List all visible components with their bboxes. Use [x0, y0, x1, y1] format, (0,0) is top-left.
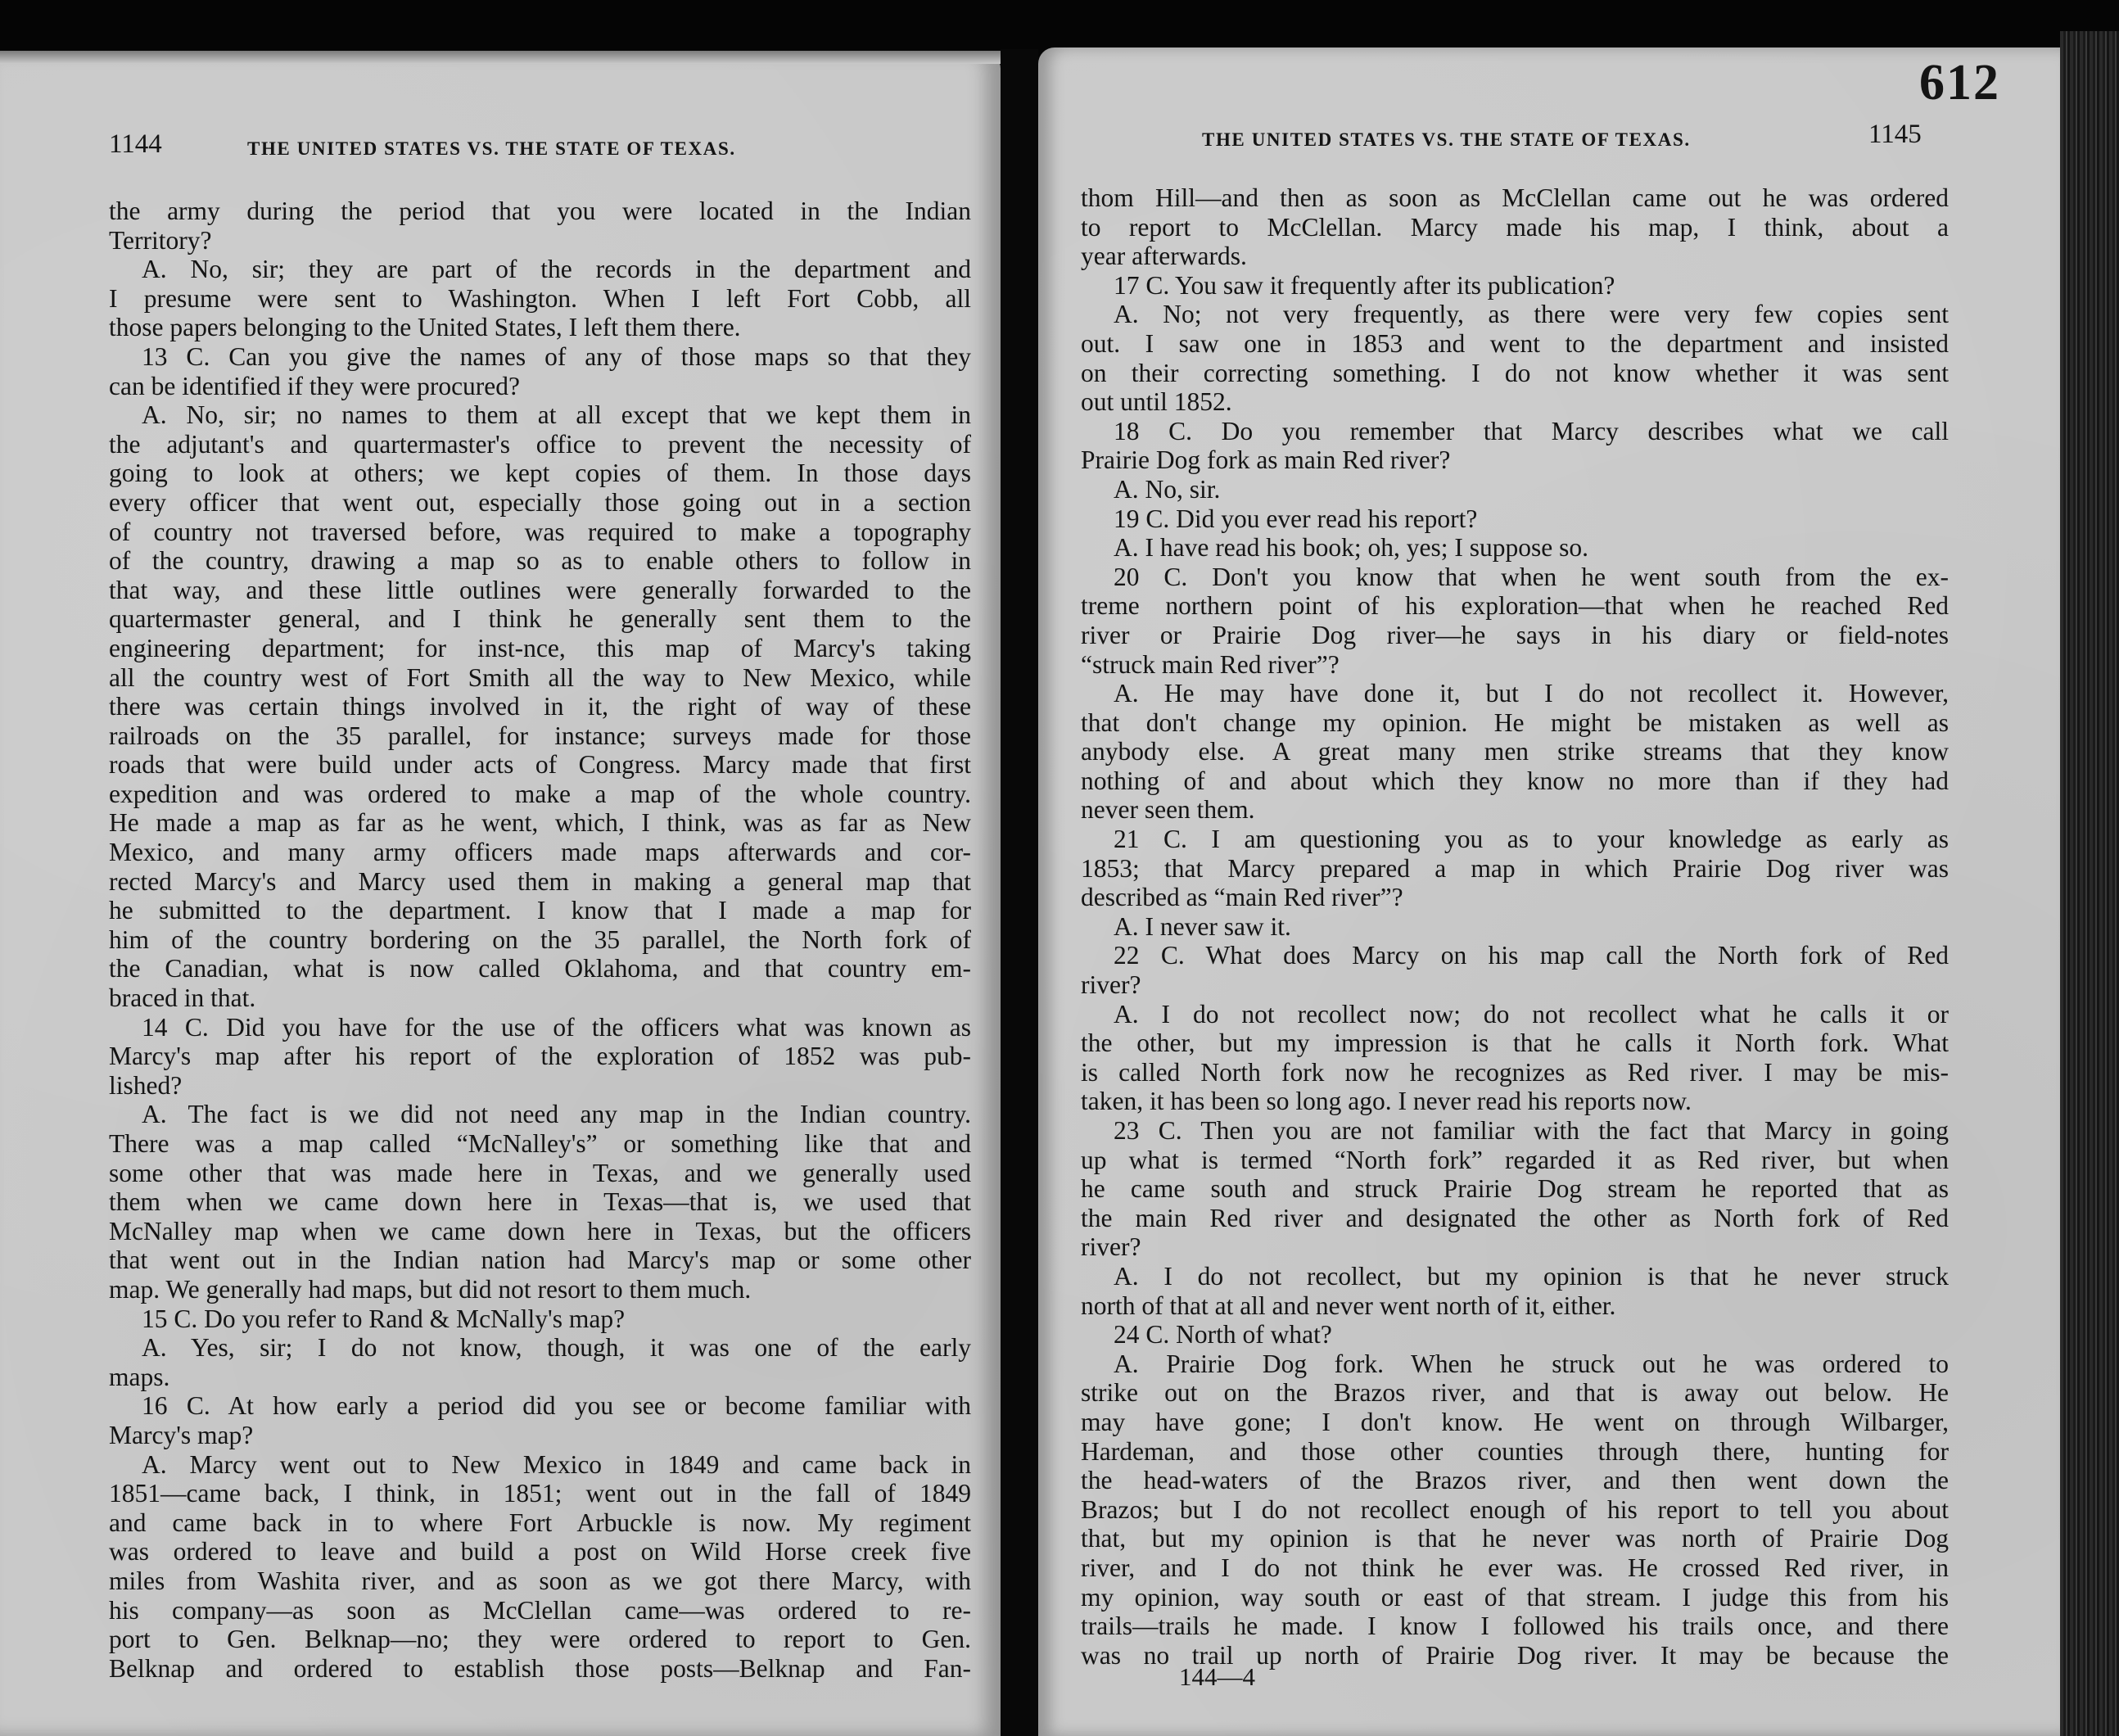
text-line: There was a map called “McNalley's” or s… — [109, 1129, 971, 1159]
text-line: all the country west of Fort Smith all t… — [109, 663, 971, 693]
page-number-right: 1145 — [1868, 120, 1922, 150]
text-line: the Canadian, what is now called Oklahom… — [109, 954, 971, 983]
text-line: that don't change my opinion. He might b… — [1081, 708, 1949, 738]
text-line: 13 C. Can you give the names of any of t… — [109, 342, 971, 372]
text-line: 22 C. What does Marcy on his map call th… — [1081, 941, 1949, 970]
text-line: that went out in the Indian nation had M… — [109, 1245, 971, 1275]
text-line: may have gone; I don't know. He went on … — [1081, 1408, 1949, 1437]
text-line: north of that at all and never went nort… — [1081, 1291, 1949, 1321]
text-line: going to look at others; we kept copies … — [109, 459, 971, 488]
text-line: A. I have read his book; oh, yes; I supp… — [1081, 533, 1949, 563]
text-line: can be identified if they were procured? — [109, 372, 971, 401]
text-line: up what is termed “North fork” regarded … — [1081, 1146, 1949, 1175]
text-line: McNalley map when we came down here in T… — [109, 1217, 971, 1246]
text-line: map. We generally had maps, but did not … — [109, 1275, 971, 1304]
text-line: and came back in to where Fort Arbuckle … — [109, 1508, 971, 1538]
text-line: 24 C. North of what? — [1081, 1320, 1949, 1349]
text-line: A. I do not recollect now; do not recoll… — [1081, 1000, 1949, 1029]
text-line: out until 1852. — [1081, 387, 1949, 417]
right-page: 612 The United States vs. The State of T… — [1038, 47, 2060, 1736]
text-line: the main Red river and designated the ot… — [1081, 1204, 1949, 1233]
text-line: miles from Washita river, and as soon as… — [109, 1566, 971, 1596]
text-line: never seen them. — [1081, 795, 1949, 825]
text-line: treme northern point of his exploration—… — [1081, 591, 1949, 621]
text-line: He made a map as far as he went, which, … — [109, 808, 971, 838]
text-line: river, and I do not think he ever was. H… — [1081, 1553, 1949, 1583]
text-line: him of the country bordering on the 35 p… — [109, 925, 971, 955]
text-line: 20 C. Don't you know that when he went s… — [1081, 563, 1949, 592]
text-line: railroads on the 35 parallel, for instan… — [109, 721, 971, 751]
text-line: Territory? — [109, 226, 971, 255]
text-line: Belknap and ordered to establish those p… — [109, 1654, 971, 1684]
text-line: those papers belonging to the United Sta… — [109, 313, 971, 342]
text-line: A. I never saw it. — [1081, 912, 1949, 942]
text-line: to report to McClellan. Marcy made his m… — [1081, 213, 1949, 242]
text-line: that, but my opinion is that he never wa… — [1081, 1524, 1949, 1553]
text-line: lished? — [109, 1071, 971, 1101]
text-line: his company—as soon as McClellan came—wa… — [109, 1596, 971, 1625]
text-line: A. The fact is we did not need any map i… — [109, 1100, 971, 1129]
text-line: engineering department; for inst-nce, th… — [109, 634, 971, 663]
text-line: 21 C. I am questioning you as to your kn… — [1081, 825, 1949, 854]
text-line: of the country, drawing a map so as to e… — [109, 546, 971, 576]
text-line: anybody else. A great many men strike st… — [1081, 737, 1949, 766]
text-line: braced in that. — [109, 983, 971, 1013]
text-line: there was certain things involved in it,… — [109, 692, 971, 721]
text-line: port to Gen. Belknap—no; they were order… — [109, 1625, 971, 1654]
text-line: of country not traversed before, was req… — [109, 518, 971, 547]
text-line: that way, and these little outlines were… — [109, 576, 971, 605]
text-line: 16 C. At how early a period did you see … — [109, 1391, 971, 1421]
text-line: trails—trails he made. I know I followed… — [1081, 1612, 1949, 1641]
text-line: Brazos; but I do not recollect enough of… — [1081, 1495, 1949, 1525]
text-line: them when we came down here in Texas—tha… — [109, 1187, 971, 1217]
text-line: the adjutant's and quartermaster's offic… — [109, 430, 971, 459]
text-line: Hardeman, and those other counties throu… — [1081, 1437, 1949, 1467]
text-line: A. No, sir. — [1081, 475, 1949, 504]
text-line: 18 C. Do you remember that Marcy describ… — [1081, 417, 1949, 446]
text-line: year afterwards. — [1081, 242, 1949, 271]
text-line: every officer that went out, especially … — [109, 488, 971, 518]
text-line: on their correcting something. I do not … — [1081, 359, 1949, 388]
text-line: expedition and was ordered to make a map… — [109, 780, 971, 809]
text-line: 1853; that Marcy prepared a map in which… — [1081, 854, 1949, 884]
text-line: A. He may have done it, but I do not rec… — [1081, 679, 1949, 708]
text-line: he submitted to the department. I know t… — [109, 896, 971, 925]
text-line: quartermaster general, and I think he ge… — [109, 604, 971, 634]
text-line: 19 C. Did you ever read his report? — [1081, 504, 1949, 534]
page-stamp-number: 612 — [1919, 54, 2000, 112]
text-line: I presume were sent to Washington. When … — [109, 284, 971, 314]
running-head-right: The United States vs. The State of Texas… — [1202, 129, 1691, 151]
right-page-body: thom Hill—and then as soon as McClellan … — [1081, 183, 1949, 1670]
text-line: A. No; not very frequently, as there wer… — [1081, 300, 1949, 329]
page-number-left: 1144 — [109, 129, 162, 160]
text-line: Marcy's map? — [109, 1421, 971, 1450]
text-line: Prairie Dog fork as main Red river? — [1081, 445, 1949, 475]
text-line: taken, it has been so long ago. I never … — [1081, 1087, 1949, 1116]
text-line: out. I saw one in 1853 and went to the d… — [1081, 329, 1949, 359]
left-page-body: the army during the period that you were… — [109, 197, 971, 1683]
text-line: nothing of and about which they know no … — [1081, 766, 1949, 796]
text-line: he came south and struck Prairie Dog str… — [1081, 1174, 1949, 1204]
text-line: thom Hill—and then as soon as McClellan … — [1081, 183, 1949, 213]
text-line: A. No, sir; they are part of the records… — [109, 255, 971, 284]
text-line: 14 C. Did you have for the use of the of… — [109, 1013, 971, 1042]
text-line: A. No, sir; no names to them at all exce… — [109, 400, 971, 430]
text-line: roads that were build under acts of Cong… — [109, 750, 971, 780]
text-line: Marcy's map after his report of the expl… — [109, 1042, 971, 1071]
text-line: A. Prairie Dog fork. When he struck out … — [1081, 1349, 1949, 1379]
text-line: some other that was made here in Texas, … — [109, 1159, 971, 1188]
text-line: A. Marcy went out to New Mexico in 1849 … — [109, 1450, 971, 1480]
text-line: river or Prairie Dog river—he says in hi… — [1081, 621, 1949, 650]
text-line: river? — [1081, 1232, 1949, 1262]
text-line: is called North fork now he recognizes a… — [1081, 1058, 1949, 1087]
text-line: 17 C. You saw it frequently after its pu… — [1081, 271, 1949, 301]
text-line: the army during the period that you were… — [109, 197, 971, 226]
text-line: the other, but my impression is that he … — [1081, 1028, 1949, 1058]
text-line: “struck main Red river”? — [1081, 650, 1949, 680]
text-line: 23 C. Then you are not familiar with the… — [1081, 1116, 1949, 1146]
text-line: the head-waters of the Brazos river, and… — [1081, 1466, 1949, 1495]
text-line: 1851—came back, I think, in 1851; went o… — [109, 1479, 971, 1508]
text-line: rected Marcy's and Marcy used them in ma… — [109, 867, 971, 897]
text-line: my opinion, way south or east of that st… — [1081, 1583, 1949, 1612]
text-line: river? — [1081, 970, 1949, 1000]
text-line: A. Yes, sir; I do not know, though, it w… — [109, 1333, 971, 1363]
running-head-left: The United States vs. The State of Texas… — [247, 138, 736, 160]
book-page-edges — [2060, 31, 2119, 1736]
text-line: A. I do not recollect, but my opinion is… — [1081, 1262, 1949, 1291]
text-line: Mexico, and many army officers made maps… — [109, 838, 971, 867]
text-line: described as “main Red river”? — [1081, 883, 1949, 912]
book-gutter — [1001, 49, 1038, 1736]
signature-mark: 144—4 — [1179, 1662, 1255, 1692]
text-line: strike out on the Brazos river, and that… — [1081, 1378, 1949, 1408]
text-line: 15 C. Do you refer to Rand & McNally's m… — [109, 1304, 971, 1334]
left-page: 1144 The United States vs. The State of … — [0, 51, 1001, 1736]
text-line: maps. — [109, 1363, 971, 1392]
text-line: was ordered to leave and build a post on… — [109, 1537, 971, 1566]
